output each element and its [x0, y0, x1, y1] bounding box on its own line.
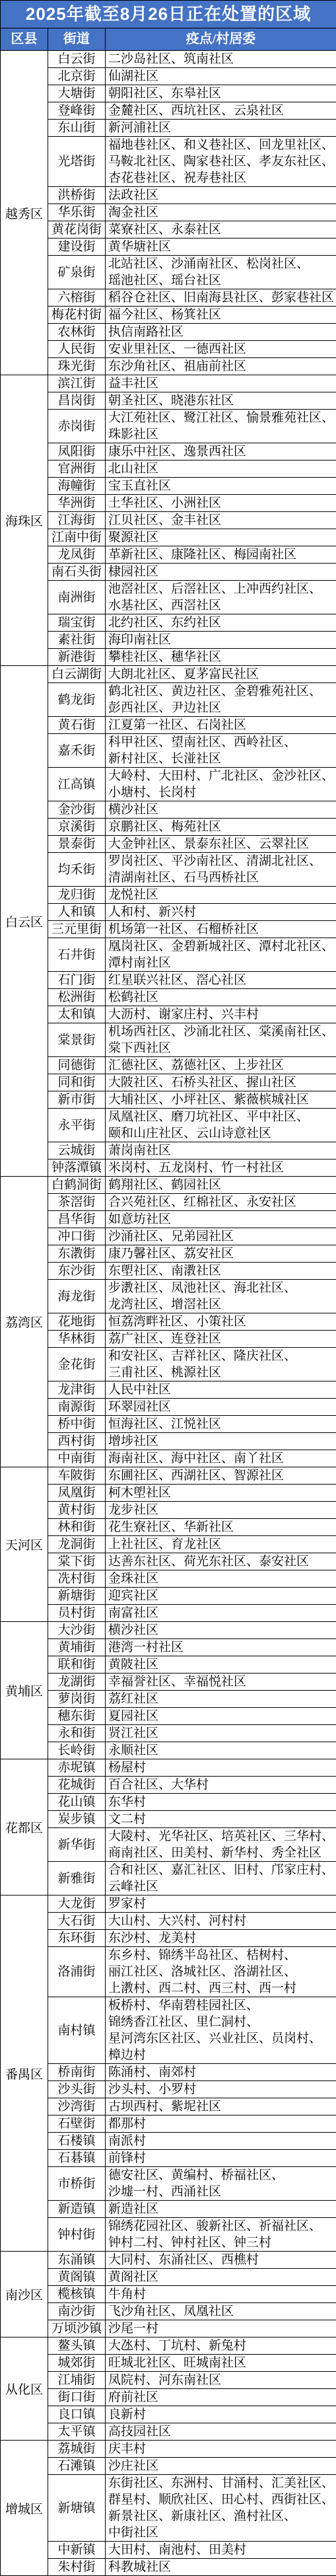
community-name: 滘心社区	[196, 973, 246, 987]
table-row: 良口镇良新村	[1, 2406, 336, 2423]
street-cell: 矿泉街	[48, 256, 106, 289]
communities-cell: 府前社区	[106, 2389, 336, 2406]
community-name: 北约社区、	[108, 616, 171, 630]
community-name: 萧岗南社区	[108, 1144, 171, 1158]
street-cell: 海龙街	[48, 1280, 106, 1313]
community-name: 大江苑社区、	[108, 411, 184, 425]
street-cell: 同德街	[48, 1057, 106, 1074]
community-name: 西滘社区	[171, 599, 221, 612]
community-name: 大岭村、	[108, 769, 158, 783]
community-name: 顺欣社区、	[158, 2493, 221, 2507]
communities-cell: 仙湖社区	[106, 68, 336, 85]
table-row: 官洲街北山社区	[1, 460, 336, 478]
community-name: 米岗村、	[108, 1161, 158, 1175]
communities-cell: 东街社区、东洲村、甘涌村、汇美社区、群星村、顺欣社区、田心村、西街社区、新景社区…	[106, 2475, 336, 2542]
communities-cell: 新造社区	[106, 2201, 336, 2218]
community-name: 大沥村、	[108, 1008, 158, 1021]
community-name: 大山村、	[108, 1914, 158, 1928]
column-header-spots: 疫点/村居委	[106, 28, 336, 51]
communities-cell: 二沙岛社区、筑南社区	[106, 51, 336, 68]
community-name: 凤池社区、	[171, 1281, 234, 1295]
street-cell: 穗东街	[48, 1708, 106, 1725]
community-name: 筑南社区	[184, 52, 234, 66]
community-name: 洛城社区、	[171, 1965, 234, 1979]
street-cell: 黄村街	[48, 1502, 106, 1519]
street-cell: 登峰街	[48, 102, 106, 120]
table-row: 嘉禾街科甲社区、望南社区、西岭社区、新村社区、长湴社区	[1, 734, 336, 768]
communities-cell: 东华村	[106, 1794, 336, 1811]
community-name: 幸福悦社区	[184, 1675, 246, 1689]
community-name: 新兴村	[158, 905, 196, 919]
community-name: 渔村社区、	[234, 2509, 296, 2523]
community-name: 人民中社区	[108, 1383, 171, 1397]
communities-cell: 大同村、东涌社区、西樵村	[106, 2252, 336, 2269]
community-name: 云山诗意社区	[196, 1126, 271, 1140]
community-name: 瑶池社区、	[108, 274, 171, 287]
community-name: 环翠园社区	[108, 1400, 171, 1414]
communities-cell: 京鹏社区、梅苑社区	[106, 819, 336, 836]
community-name: 上步社区	[234, 1058, 284, 1072]
community-name: 东沙角社区、	[108, 359, 184, 373]
district-cell: 花都区	[1, 1759, 48, 1895]
communities-cell: 鹤北社区、黄边社区、金碧雅苑社区、彭西社区、尹边社区	[106, 683, 336, 717]
street-cell: 石门街	[48, 972, 106, 989]
table-row: 洪桥街法政社区	[1, 187, 336, 204]
table-row: 东环街东沙村、龙美村	[1, 1930, 336, 1947]
title-row: 2025年截至8月26日正在处置的区域	[1, 1, 336, 28]
street-cell: 龙归街	[48, 887, 106, 904]
community-name: 旺城北社区、	[108, 2356, 184, 2370]
community-name: 彭西社区、	[108, 701, 171, 715]
street-cell: 黄埔街	[48, 1639, 106, 1656]
community-name: 紫薇槟城社区	[234, 1093, 309, 1107]
communities-cell: 沙庄社区	[106, 2458, 336, 2475]
community-name: 锦绣半岛社区、	[158, 1948, 246, 1962]
street-cell: 人民街	[48, 341, 106, 358]
table-row: 珠光街东沙角社区、祖庙前社区	[1, 358, 336, 375]
table-row: 天河区车陂街东圃社区、西湖社区、智源社区	[1, 1467, 336, 1485]
community-name: 光华社区、	[158, 1829, 221, 1843]
community-name: 西岭社区、	[234, 735, 296, 749]
table-row: 新华街大陵村、光华社区、培英社区、三华村、商南社区、田美村、新华村、秀全社区	[1, 1828, 336, 1862]
community-name: 长岗村	[158, 786, 196, 799]
community-name: 祖庙前社区	[184, 359, 246, 373]
table-row: 棠景街机场西社区、沙涌北社区、棠溪南社区、棠下西社区	[1, 1023, 336, 1057]
community-name: 华南碧桂园社区、	[158, 1999, 259, 2012]
community-name: 晓港东社区	[171, 394, 234, 408]
community-name: 培英社区、	[221, 1829, 284, 1843]
street-cell: 东涌镇	[48, 2252, 106, 2269]
communities-cell: 红星联兴社区、滘心社区	[106, 972, 336, 989]
street-cell: 华林街	[48, 1331, 106, 1348]
community-name: 回龙里社区、	[259, 138, 334, 152]
table-row: 黄埔区大沙街横沙社区	[1, 1622, 336, 1639]
table-row: 江高镇大岭村、大田村、广北社区、金沙社区、小塘村、长岗村	[1, 768, 336, 801]
community-name: 星河湾东区社区、	[108, 2032, 209, 2045]
table-row: 棠下街达善东社区、荷光东社区、泰安社区	[1, 1553, 336, 1570]
table-row: 城郊街旺城北社区、旺城南社区	[1, 2355, 336, 2372]
community-name: 马鞍北社区、	[108, 155, 184, 168]
community-name: 南富社区	[108, 1606, 158, 1620]
community-name: 北山社区	[108, 462, 158, 476]
community-name: 长湴社区	[171, 752, 221, 766]
table-row: 黄阁镇黄阁社区	[1, 2269, 336, 2286]
table-row: 长岭街永顺社区	[1, 1742, 336, 1759]
street-cell: 赤岗街	[48, 410, 106, 443]
table-row: 南石头街棣园社区	[1, 564, 336, 581]
communities-cell: 康乐中社区、逸景西社区	[106, 443, 336, 460]
table-row: 永和街贤江社区	[1, 1725, 336, 1742]
community-name: 池滘社区、	[108, 582, 171, 596]
table-row: 太和镇大沥村、谢家庄村、兴丰村	[1, 1006, 336, 1023]
community-name: 松鹤社区	[108, 990, 158, 1004]
community-name: 罗家村	[108, 1897, 146, 1911]
community-name: 锦绣花园社区、	[108, 2219, 196, 2233]
table-row: 昌岗街朝圣社区、晓港东社区	[1, 392, 336, 410]
communities-cell: 东沙村、龙美村	[106, 1930, 336, 1947]
communities-cell: 新河浦社区	[106, 120, 336, 137]
street-cell: 大沙街	[48, 1622, 106, 1639]
community-name: 广北社区、	[209, 769, 271, 783]
community-name: 石岗社区	[196, 718, 246, 732]
community-name: 棠溪南社区、	[259, 1025, 334, 1039]
street-cell: 车陂街	[48, 1467, 106, 1485]
communities-cell: 北约社区、东约社区	[106, 614, 336, 632]
street-cell: 石壁街	[48, 2116, 106, 2133]
table-row: 花城街百合社区、大华村	[1, 1777, 336, 1794]
street-cell: 南村镇	[48, 1997, 106, 2064]
community-name: 田美村	[209, 2543, 246, 2557]
community-name: 钟村二村、	[108, 2236, 171, 2250]
table-row: 新市街大埔社区、小坪社区、紫薇槟城社区	[1, 1091, 336, 1109]
street-cell: 六榕街	[48, 289, 106, 307]
community-name: 沙尾一村	[108, 2322, 158, 2336]
community-name: 洛湖社区、	[234, 1965, 296, 1979]
table-row: 黄石街江夏第一社区、石岗社区	[1, 717, 336, 734]
table-row: 桥南街陈涌村、南郊村	[1, 2064, 336, 2081]
community-name: 吉祥社区、	[171, 1349, 234, 1363]
community-name: 大田村、	[108, 2543, 158, 2557]
community-name: 上冲西约社区、	[234, 582, 321, 596]
table-row: 中南街海南社区、海中社区、南丫社区	[1, 1450, 336, 1467]
street-cell: 员村街	[48, 1605, 106, 1622]
communities-cell: 永顺社区	[106, 1742, 336, 1759]
community-name: 金丰社区	[171, 513, 221, 527]
district-cell: 天河区	[1, 1467, 48, 1622]
street-cell: 江埔街	[48, 2372, 106, 2389]
table-row: 海幢街宝玉直社区	[1, 478, 336, 495]
community-name: 宝玉直社区	[108, 479, 171, 493]
communities-cell: 福地巷社区、和义巷社区、回龙里社区、马鞍北社区、陶家巷社区、孝友东社区、杏花巷社…	[106, 137, 336, 187]
column-header-row: 区县 街道 疫点/村居委	[1, 28, 336, 51]
street-cell: 长岭街	[48, 1742, 106, 1759]
community-name: 龙步社区	[108, 1503, 158, 1517]
community-name: 兄弟园社区	[171, 1230, 234, 1243]
community-name: 步漖社区、	[108, 1281, 171, 1295]
communities-cell: 萧岗南社区	[106, 1142, 336, 1159]
community-name: 汇美社区、	[271, 2476, 334, 2490]
communities-cell: 陈涌村、南郊村	[106, 2064, 336, 2081]
table-row: 穗东街夏园社区	[1, 1708, 336, 1725]
street-cell: 石滩镇	[48, 2458, 106, 2475]
communities-cell: 松鹤社区	[106, 989, 336, 1006]
street-cell: 海幢街	[48, 478, 106, 495]
table-row: 云城街萧岗南社区	[1, 1142, 336, 1159]
communities-cell: 金麓社区、西坑社区、云泉社区	[106, 102, 336, 120]
street-cell: 龙凤街	[48, 546, 106, 564]
community-name: 平中社区、	[246, 1110, 309, 1124]
table-row: 新塘镇东街社区、东洲村、甘涌村、汇美社区、群星村、顺欣社区、田心村、西街社区、新…	[1, 2475, 336, 2542]
community-name: 板桥村、	[108, 1999, 158, 2012]
community-name: 祈福社区、	[259, 2219, 321, 2233]
community-name: 东沙村、	[108, 1931, 158, 1945]
table-row: 同和街大陂社区、石桥头社区、握山社区	[1, 1074, 336, 1091]
communities-cell: 沙头村、小罗村	[106, 2081, 336, 2098]
community-name: 梅园南社区	[234, 548, 296, 562]
community-name: 迎宾社区	[108, 1589, 158, 1603]
community-name: 安业里社区、	[108, 342, 184, 356]
table-row: 新塘街迎宾社区	[1, 1588, 336, 1605]
street-cell: 黄石街	[48, 717, 106, 734]
communities-cell: 大朗北社区、夏茅富民社区	[106, 666, 336, 683]
communities-cell: 东圃社区、西湖社区、智源社区	[106, 1467, 336, 1485]
district-cell: 海珠区	[1, 375, 48, 666]
table-row: 萝岗街荔红社区	[1, 1691, 336, 1708]
communities-cell: 横沙社区	[106, 801, 336, 819]
street-cell: 黄花岗街	[48, 221, 106, 239]
table-row: 黄村街龙步社区	[1, 1502, 336, 1519]
community-name: 桔树村、	[246, 1948, 296, 1962]
street-cell: 松洲街	[48, 989, 106, 1006]
community-name: 秀全社区	[271, 1846, 321, 1860]
table-row: 素社街海印南社区	[1, 632, 336, 649]
communities-cell: 合兴苑社区、红棉社区、永安社区	[106, 1194, 336, 1211]
community-name: 合兴苑社区、	[108, 1195, 184, 1209]
community-name: 商南社区、	[108, 1846, 171, 1860]
community-name: 智源社区	[234, 1469, 284, 1483]
community-name: 荷光东社区、	[184, 1555, 259, 1568]
communities-cell: 沙涌社区、兄弟园社区	[106, 1228, 336, 1245]
table-row: 石井街凰岗社区、金碧新城社区、潭村北社区、潭村南社区	[1, 938, 336, 972]
community-name: 金碧新城社区、	[171, 939, 259, 953]
column-header-street: 街道	[48, 28, 106, 51]
street-cell: 云城街	[48, 1142, 106, 1159]
street-cell: 华洲街	[48, 495, 106, 512]
table-row: 林和街花生寮社区、华新社区	[1, 1519, 336, 1536]
street-cell: 滨江街	[48, 375, 106, 392]
community-name: 东华村	[108, 1795, 146, 1809]
community-name: 清湖北社区、	[246, 854, 321, 868]
table-row: 南村镇板桥村、华南碧桂园社区、锦绣香江社区、里仁洞村、星河湾东区社区、兴业社区、…	[1, 1997, 336, 2064]
community-name: 法政社区	[108, 188, 158, 202]
communities-cell: 旺城北社区、旺城南社区	[106, 2355, 336, 2372]
table-row: 南源街环翠园社区	[1, 1399, 336, 1416]
street-cell: 黄阁镇	[48, 2269, 106, 2286]
community-name: 柯木塱社区	[108, 1486, 171, 1500]
community-name: 颐和山庄社区、	[108, 1126, 196, 1140]
community-name: 凤凰社区	[184, 2304, 234, 2318]
community-name: 科甲社区、	[108, 735, 171, 749]
table-row: 龙凤街革新社区、康隆社区、梅园南社区	[1, 546, 336, 564]
community-name: 孝友东社区、	[259, 155, 334, 168]
community-name: 二沙岛社区、	[108, 52, 184, 66]
community-name: 石桥头社区、	[171, 1076, 246, 1089]
street-cell: 龙湖街	[48, 1674, 106, 1691]
community-name: 旧南海县社区、	[184, 291, 271, 305]
community-name: 兴丰村	[221, 1008, 259, 1021]
street-cell: 中新镇	[48, 2542, 106, 2559]
street-cell: 新雅街	[48, 1862, 106, 1895]
table-row: 中新镇大田村、南池村、田美村	[1, 2542, 336, 2559]
community-name: 荔广社区、	[108, 1332, 171, 1346]
table-row: 街口街府前社区	[1, 2389, 336, 2406]
community-name: 恒荔湾畔社区、	[108, 1315, 196, 1329]
communities-cell: 海印南社区	[106, 632, 336, 649]
table-row: 金沙街横沙社区	[1, 801, 336, 819]
table-row: 矿泉街北站社区、沙涌南社区、松岗社区、瑶池社区、瑶台社区	[1, 256, 336, 289]
communities-cell: 沙尾一村	[106, 2320, 336, 2337]
table-row: 万顷沙镇沙尾一村	[1, 2320, 336, 2337]
street-cell: 金沙街	[48, 801, 106, 819]
community-name: 泰安社区	[259, 1555, 309, 1568]
communities-cell: 黄阁社区	[106, 2269, 336, 2286]
community-name: 西湖社区、	[171, 1469, 234, 1483]
community-name: 樟边村	[108, 2048, 146, 2062]
community-name: 黄阁社区	[108, 2270, 158, 2284]
table-row: 华洲街土华社区、小洲社区	[1, 495, 336, 512]
community-name: 棠下西社区	[108, 1041, 171, 1055]
communities-cell: 池滘社区、后滘社区、上冲西约社区、水基社区、西滘社区	[106, 581, 336, 614]
table-row: 黄埔街港湾一村社区	[1, 1639, 336, 1656]
street-cell: 西村街	[48, 1433, 106, 1450]
district-cell: 黄埔区	[1, 1622, 48, 1759]
community-name: 罗岗社区、	[108, 854, 171, 868]
table-row: 西村街增埗社区	[1, 1433, 336, 1450]
community-name: 竹一村社区	[221, 1161, 284, 1175]
communities-cell: 飞沙角社区、凤凰社区	[106, 2303, 336, 2320]
community-name: 如意坊社区	[108, 1212, 171, 1226]
community-name: 谢家庄村、	[158, 1008, 221, 1021]
street-cell: 赤坭镇	[48, 1759, 106, 1777]
street-cell: 洛浦街	[48, 1947, 106, 1997]
community-name: 海印南社区	[108, 633, 171, 647]
communities-cell: 棣园社区	[106, 564, 336, 581]
communities-cell: 黄陂社区	[106, 1656, 336, 1674]
communities-cell: 科甲社区、望南社区、西岭社区、新村社区、长湴社区	[106, 734, 336, 768]
community-name: 新造社区	[108, 2202, 158, 2216]
communities-cell: 和安社区、吉祥社区、隆庆社区、三甫社区、桃源社区	[106, 1348, 336, 1381]
community-name: 鹭江社区、	[184, 411, 246, 425]
community-name: 永泰社区	[171, 223, 221, 237]
table-row: 凤阳街康乐中社区、逸景西社区	[1, 443, 336, 460]
communities-cell: 凤凰社区、磨刀坑社区、平中社区、颐和山庄社区、云山诗意社区	[106, 1109, 336, 1142]
community-name: 黄华塘社区	[108, 240, 171, 254]
table-row: 花都区赤坭镇杨屋村	[1, 1759, 336, 1777]
community-name: 员岗村、	[271, 2032, 321, 2045]
communities-cell: 高技园社区	[106, 2423, 336, 2441]
community-name: 鹤北社区、	[108, 684, 171, 698]
community-name: 旧村、	[234, 1863, 271, 1877]
communities-cell: 如意坊社区	[106, 1211, 336, 1228]
communities-cell: 恒海社区、江悦社区	[106, 1416, 336, 1433]
community-name: 梅苑社区	[171, 820, 221, 834]
community-name: 五龙岗村、	[158, 1161, 221, 1175]
community-name: 东约社区	[171, 616, 221, 630]
table-row: 海龙街步漖社区、凤池社区、海北社区、龙湾社区、增滘社区	[1, 1280, 336, 1313]
community-name: 西樵村	[221, 2253, 259, 2267]
street-cell: 花地街	[48, 1313, 106, 1331]
community-name: 良新村	[108, 2408, 146, 2421]
table-row: 龙湖街幸福誉社区、幸福悦社区	[1, 1674, 336, 1691]
table-row: 茶滘街合兴苑社区、红棉社区、永安社区	[1, 1194, 336, 1211]
communities-cell: 东塱社区、南漖社区	[106, 1263, 336, 1280]
street-cell: 大塘街	[48, 85, 106, 102]
communities-cell: 龙步社区	[106, 1502, 336, 1519]
table-row: 大石街大山村、大兴村、河村村	[1, 1913, 336, 1930]
community-name: 府前社区	[108, 2390, 158, 2404]
community-name: 育龙社区	[171, 1537, 221, 1551]
communities-cell: 杨屋村	[106, 1759, 336, 1777]
community-name: 海南社区、	[108, 1452, 171, 1465]
community-name: 大金钟社区、	[108, 837, 184, 851]
community-name: 桥福社区、	[221, 2168, 284, 2182]
community-name: 康隆社区、	[171, 548, 234, 562]
community-name: 骏新社区、	[196, 2219, 259, 2233]
community-name: 上漖村、	[108, 1981, 158, 1995]
table-row: 松洲街松鹤社区	[1, 989, 336, 1006]
community-name: 水基社区、	[108, 599, 171, 612]
community-name: 黄陂社区	[108, 1658, 158, 1672]
table-row: 石碁镇前锋村	[1, 2150, 336, 2167]
community-name: 南派村	[108, 2134, 146, 2148]
street-cell: 中南街	[48, 1450, 106, 1467]
communities-cell: 聚源社区	[106, 529, 336, 546]
communities-cell: 大岭村、大田村、广北社区、金沙社区、小塘村、长岗村	[106, 768, 336, 801]
community-name: 群星村、	[108, 2493, 158, 2507]
community-name: 连登社区	[171, 1332, 221, 1346]
community-name: 仙湖社区	[108, 69, 158, 83]
communities-cell: 大田村、南池村、田美村	[106, 2542, 336, 2559]
street-cell: 林和街	[48, 1519, 106, 1536]
communities-cell: 宝玉直社区	[106, 478, 336, 495]
street-cell: 钟落潭镇	[48, 1159, 106, 1177]
street-cell: 沙湾街	[48, 2098, 106, 2116]
street-cell: 南洲街	[48, 581, 106, 614]
communities-cell: 合和社区、嘉汇社区、旧村、邝家庄村、云峰社区	[106, 1862, 336, 1895]
communities-cell: 米岗村、五龙岗村、竹一村社区	[106, 1159, 336, 1177]
communities-cell: 革新社区、康隆社区、梅园南社区	[106, 546, 336, 564]
table-row: 京溪街京鹏社区、梅苑社区	[1, 819, 336, 836]
community-name: 龙悦社区	[108, 888, 158, 902]
community-name: 东塱社区、	[108, 1264, 171, 1278]
communities-cell: 环翠园社区	[106, 1399, 336, 1416]
street-cell: 棠景街	[48, 1023, 106, 1057]
community-name: 黄编村、	[171, 2168, 221, 2182]
community-name: 和义巷社区、	[184, 138, 259, 152]
community-name: 高技园社区	[108, 2425, 171, 2439]
community-name: 科教城社区	[108, 2560, 171, 2574]
street-cell: 均禾街	[48, 853, 106, 887]
community-name: 鹤翔社区、	[108, 1178, 171, 1192]
communities-cell: 江夏第一社区、石岗社区	[106, 717, 336, 734]
community-name: 一德西社区	[184, 342, 246, 356]
table-row: 江南中街聚源社区	[1, 529, 336, 546]
community-name: 锦绣香江社区、	[108, 2015, 196, 2029]
street-cell: 金花街	[48, 1348, 106, 1381]
community-name: 京鹏社区、	[108, 820, 171, 834]
community-name: 旺城南社区	[184, 2356, 246, 2370]
table-row: 增城区荔城街庆丰村	[1, 2441, 336, 2458]
